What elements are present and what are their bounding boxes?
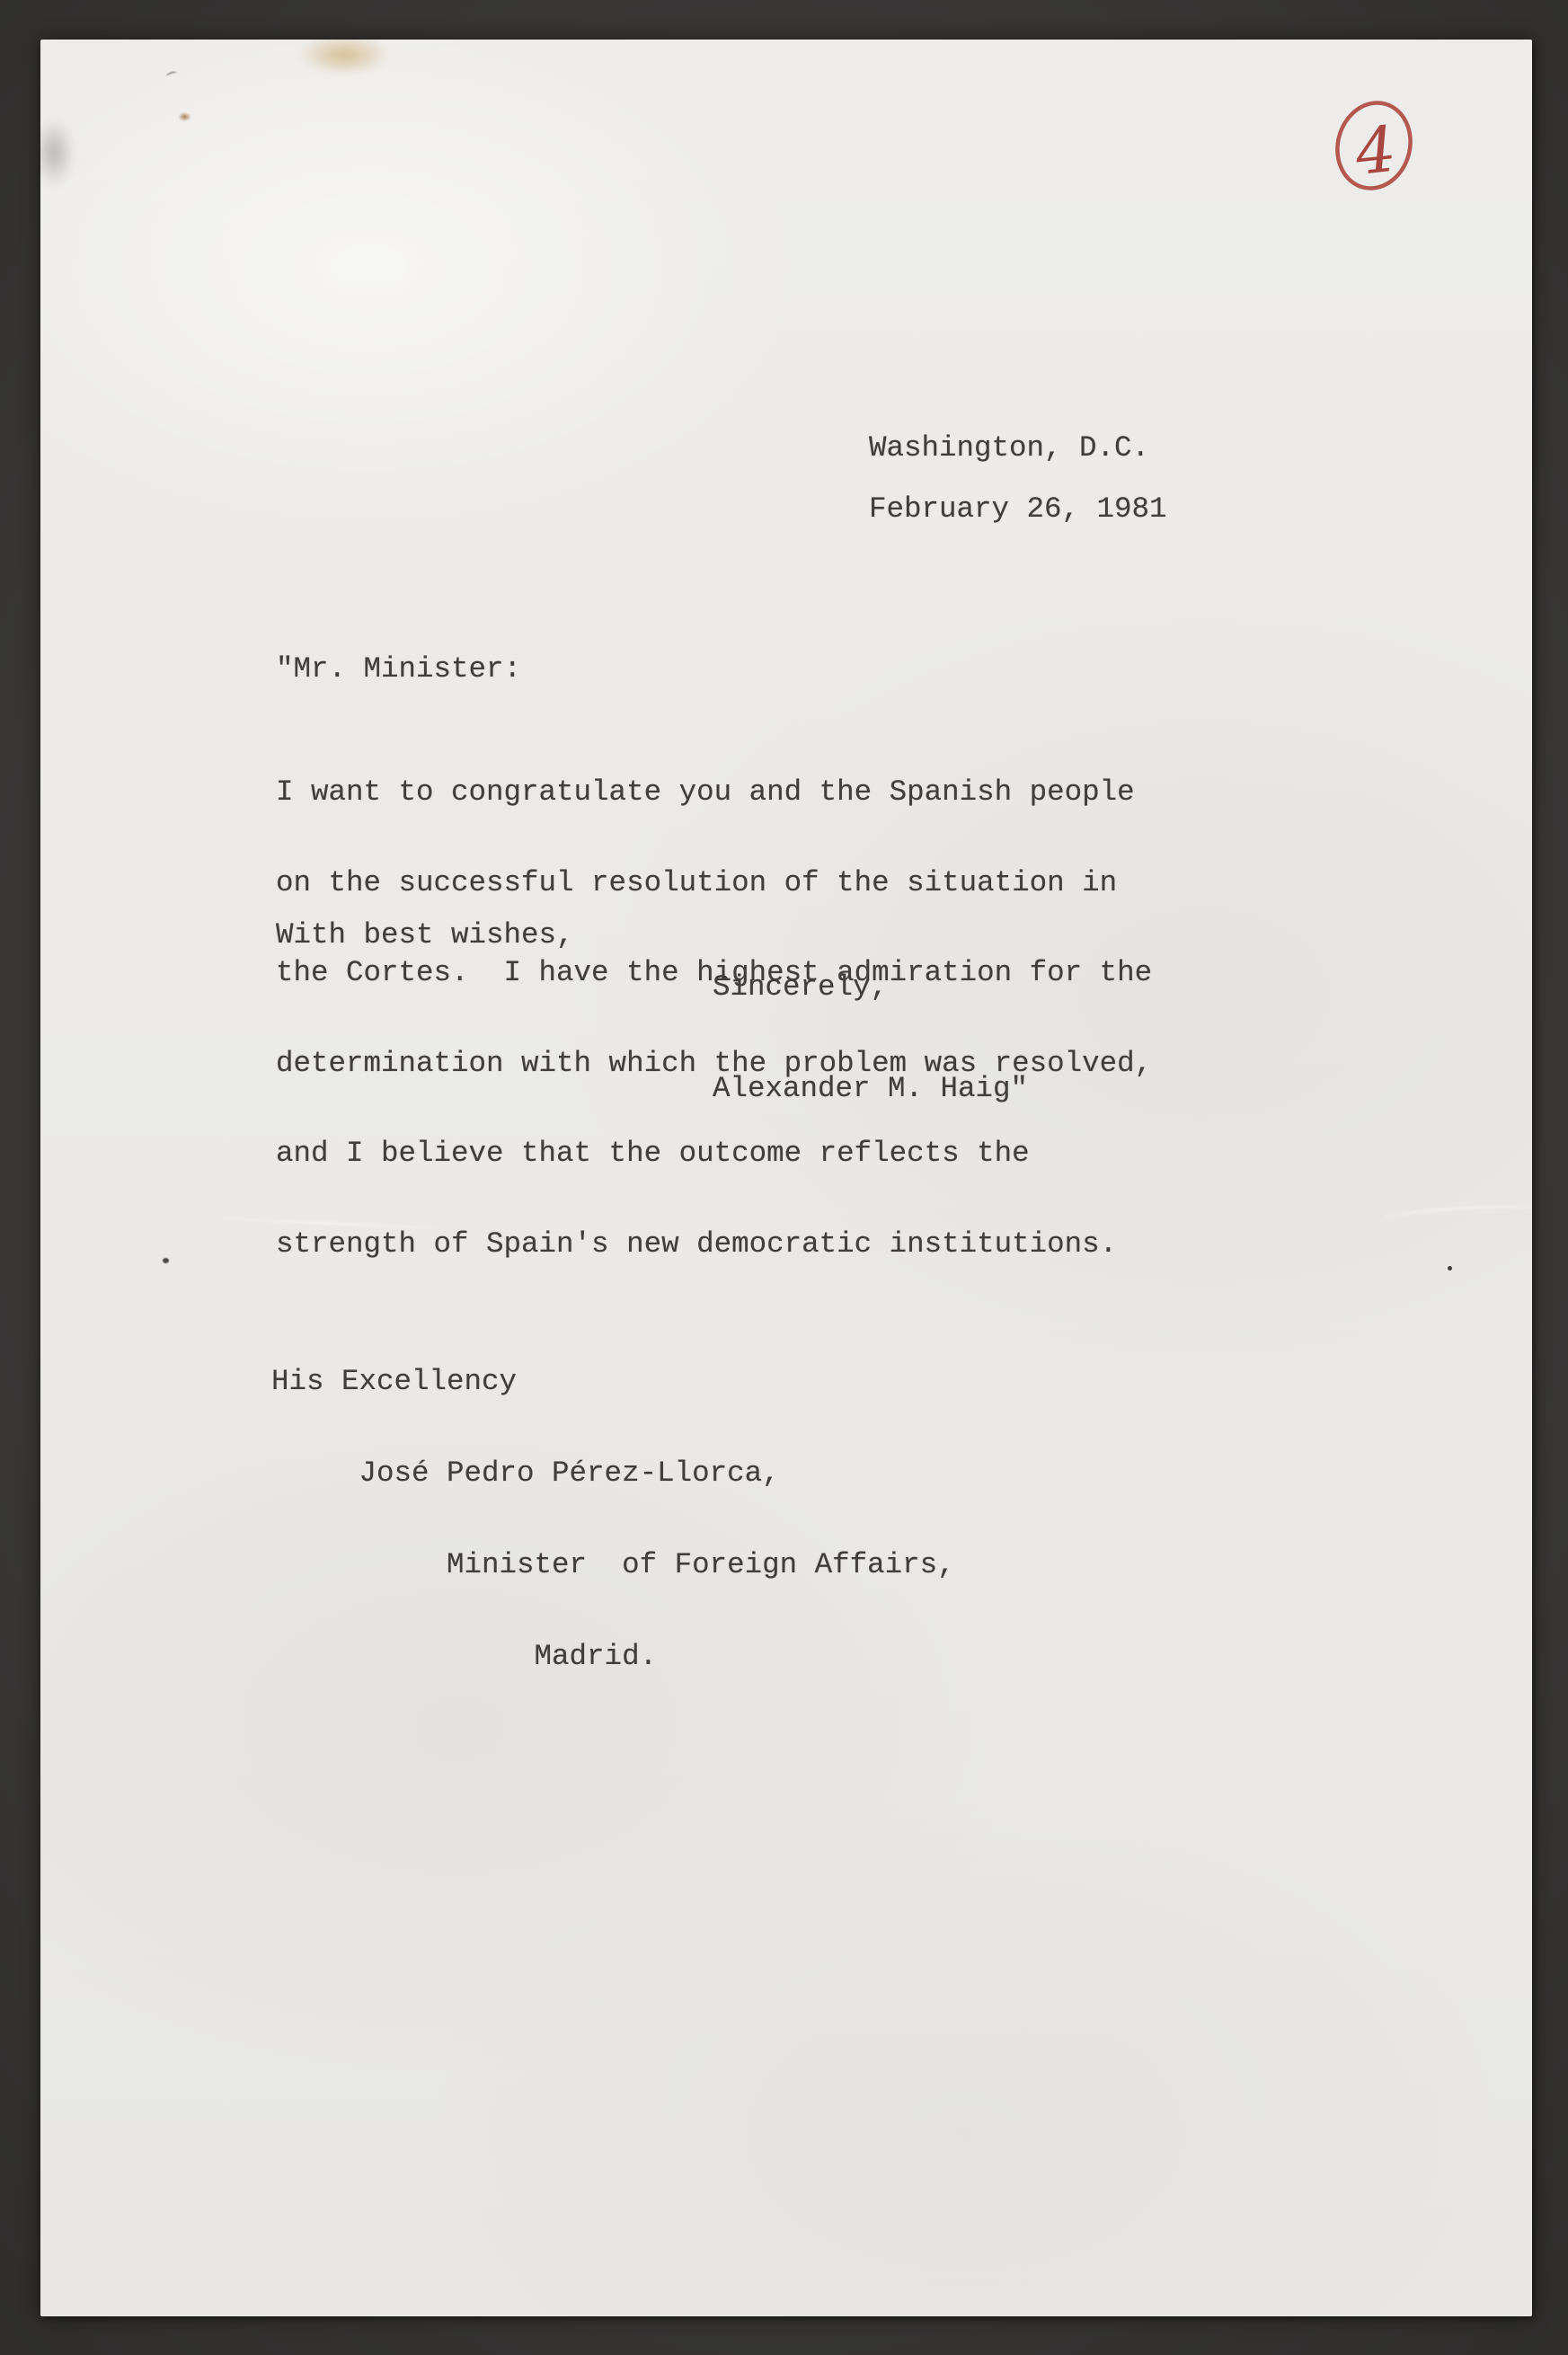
address-line: His Excellency <box>271 1367 955 1397</box>
page-number-circle-annotation: 4 <box>1318 83 1430 208</box>
paper-edge-shadow <box>40 110 80 196</box>
body-line: strength of Spain's new democratic insti… <box>276 1229 1152 1260</box>
address-line: Minister of Foreign Affairs, <box>271 1550 955 1580</box>
letter-page: 4 Washington, D.C. February 26, 1981 "Mr… <box>40 40 1532 2316</box>
paper-spot <box>177 111 192 122</box>
paper-wrinkle <box>1379 1202 1532 1227</box>
closing-line: With best wishes, <box>276 920 574 951</box>
place-line: Washington, D.C. <box>869 433 1149 464</box>
scanned-document: 4 Washington, D.C. February 26, 1981 "Mr… <box>0 0 1568 2355</box>
ink-dot <box>1448 1266 1452 1270</box>
page-number-digit: 4 <box>1351 112 1400 190</box>
signoff-line: Sincerely, <box>713 972 888 1003</box>
address-block: His Excellency José Pedro Pérez-Llorca, … <box>271 1306 955 1733</box>
body-paragraph: I want to congratulate you and the Spani… <box>276 717 1152 1319</box>
address-line: Madrid. <box>271 1642 955 1672</box>
signature-line: Alexander M. Haig" <box>713 1074 1028 1104</box>
body-line: and I believe that the outcome reflects … <box>276 1138 1152 1169</box>
paper-stain <box>281 40 407 83</box>
ink-dot <box>163 1258 169 1263</box>
salutation-line: "Mr. Minister: <box>276 654 521 685</box>
address-line: José Pedro Pérez-Llorca, <box>271 1458 955 1489</box>
body-line: I want to congratulate you and the Spani… <box>276 777 1152 808</box>
date-line: February 26, 1981 <box>869 494 1167 525</box>
paper-speck <box>165 70 177 78</box>
body-line: on the successful resolution of the situ… <box>276 868 1152 899</box>
